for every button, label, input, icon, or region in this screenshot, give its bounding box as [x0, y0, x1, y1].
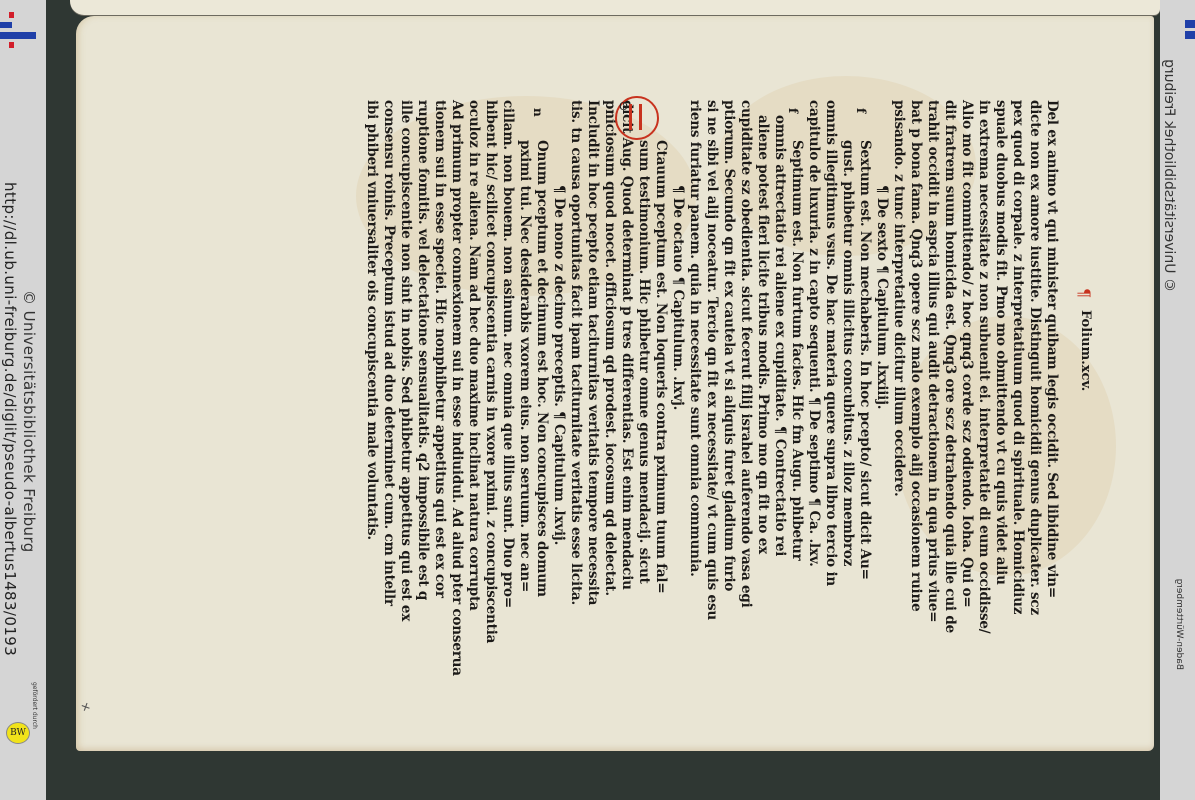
text-line: dicit Aug. Quod determinat p tres differ…	[619, 100, 635, 590]
text-line: Ad primum propter connexionem sui in ess…	[449, 100, 465, 676]
text-line: tionem sui in esse speciei. Hic nonphibe…	[432, 100, 448, 598]
text-line: cupiditate sz obedientia. sicut fecerut …	[738, 100, 754, 608]
library-logo-icon	[0, 10, 40, 50]
text-line: bat p bona fama. Qnq3 opere scz malo exe…	[908, 100, 924, 612]
color-patch-icon	[1185, 31, 1195, 39]
mirrored-copyright: © Universitätsbibliothek Freiburg	[1161, 59, 1177, 292]
text-line: pximi tui. Nec desiderabis vxorem eius. …	[517, 140, 533, 592]
text-line: riens furiatur panem. quia in necessitat…	[687, 100, 703, 577]
text-line: Alio mo fit committendo/ z hoc qnq3 cord…	[959, 100, 975, 608]
text-line: tis. tn causa oportunitas facit ipam tac…	[568, 100, 584, 605]
funded-by-label: gefördert durch	[31, 682, 38, 729]
permalink-url[interactable]: http://dl.ub.uni-freiburg.de/diglit/pseu…	[1, 182, 19, 656]
text-line: ruptione fomitis. vel delectatione sensu…	[415, 100, 431, 600]
text-line: Onum pceptum et decimum est hoc. Non con…	[534, 140, 550, 597]
text-line: Includit in hoc pcepto etiam taciturnita…	[585, 100, 601, 605]
text-line: ptiorum. Secundo qn fit ex cautela vt si…	[721, 100, 737, 591]
text-line: sum testimonium. Hic phibetur omne genus…	[636, 140, 652, 584]
folio-header: Folium.xcv.	[1078, 310, 1093, 391]
viewer-left-strip: http://dl.ub.uni-freiburg.de/diglit/pseu…	[0, 0, 46, 800]
section-heading: ¶ De octauo ¶ Capitulum. .lxvj.	[670, 185, 686, 410]
text-line: omnis attrectatio rei aliene ex cupidita…	[772, 115, 788, 556]
text-line: si ne sibi vel alij noceatur. Tercio qn …	[704, 100, 720, 620]
text-line: pex quod di corpale. z interpretatiuum q…	[1010, 100, 1026, 614]
section-heading: ¶ De sexto ¶ Capitulum .lxxiiij.	[874, 185, 890, 409]
text-line: ille concupiscentie non sint in nobis. S…	[398, 100, 414, 621]
text-line: Sextum est. Non mechaberis. In hoc pcept…	[857, 140, 873, 580]
text-line: pniciosum quod nocet. officiosum qd prod…	[602, 100, 618, 596]
text-line: gust. phibetur omnis illicitus concubitu…	[840, 140, 856, 566]
text-line: capitulo de luxuria. z in capto sequenti…	[806, 100, 822, 567]
text-line: in extrema necessitate z non subuenit ei…	[976, 100, 992, 634]
margin-letter: n	[531, 108, 545, 117]
text-line: cillam. non bouem. non asinum. nec omnia…	[500, 100, 516, 608]
text-line: oculoz in re aliena. Nam ad hec duo maxi…	[466, 100, 482, 611]
text-line: psisando. z tunc interpretatiue dicitur …	[891, 100, 907, 497]
text-line: dicte non ex amore iustitie. Distinguit …	[1027, 100, 1043, 615]
decorated-initial: O	[615, 96, 659, 140]
mirrored-funder: Baden-Württemberg	[1174, 579, 1184, 670]
text-line: aliene potest fieri licite tribus modis.…	[755, 115, 771, 554]
text-line: Septimum est. Non furtum facies. Hic fm …	[789, 140, 805, 561]
funder-logo-icon: BW	[6, 722, 30, 744]
margin-letter: f	[786, 108, 800, 113]
text-line: trahit occidit in aspcia illius qui audi…	[925, 100, 941, 622]
text-line: Del ex animo vt qui minister quibam legi…	[1044, 100, 1060, 598]
text-line: omnis illegitimus vsus. De hac materia q…	[823, 100, 839, 586]
initial-letter: O	[619, 100, 643, 128]
text-line: hibent hic/ scilicet concupiscentia carn…	[483, 100, 499, 643]
text-line: spuale duobus modis fit. Pmo mo obmitten…	[993, 100, 1009, 585]
text-line: dit fratrem suum homicida est. Qnq3 ore …	[942, 100, 958, 633]
color-patch-icon	[1185, 20, 1195, 28]
rubric-mark-header: ¶	[1075, 288, 1094, 298]
text-line: ibi phiberi vniuersaliter ois concupisce…	[364, 100, 380, 540]
viewer-right-strip: © Universitätsbibliothek Freiburg Baden-…	[1160, 0, 1195, 800]
facing-page-edge	[70, 0, 1160, 15]
text-line: Ctauum pceptum est. Non loqueris contra …	[653, 140, 669, 593]
text-line: consensu roinis. Preceptum istud ad duo …	[381, 100, 397, 606]
margin-letter: f	[854, 108, 868, 113]
section-heading: ¶ De nono z decimo preceptis. ¶ Capitulu…	[551, 185, 567, 545]
